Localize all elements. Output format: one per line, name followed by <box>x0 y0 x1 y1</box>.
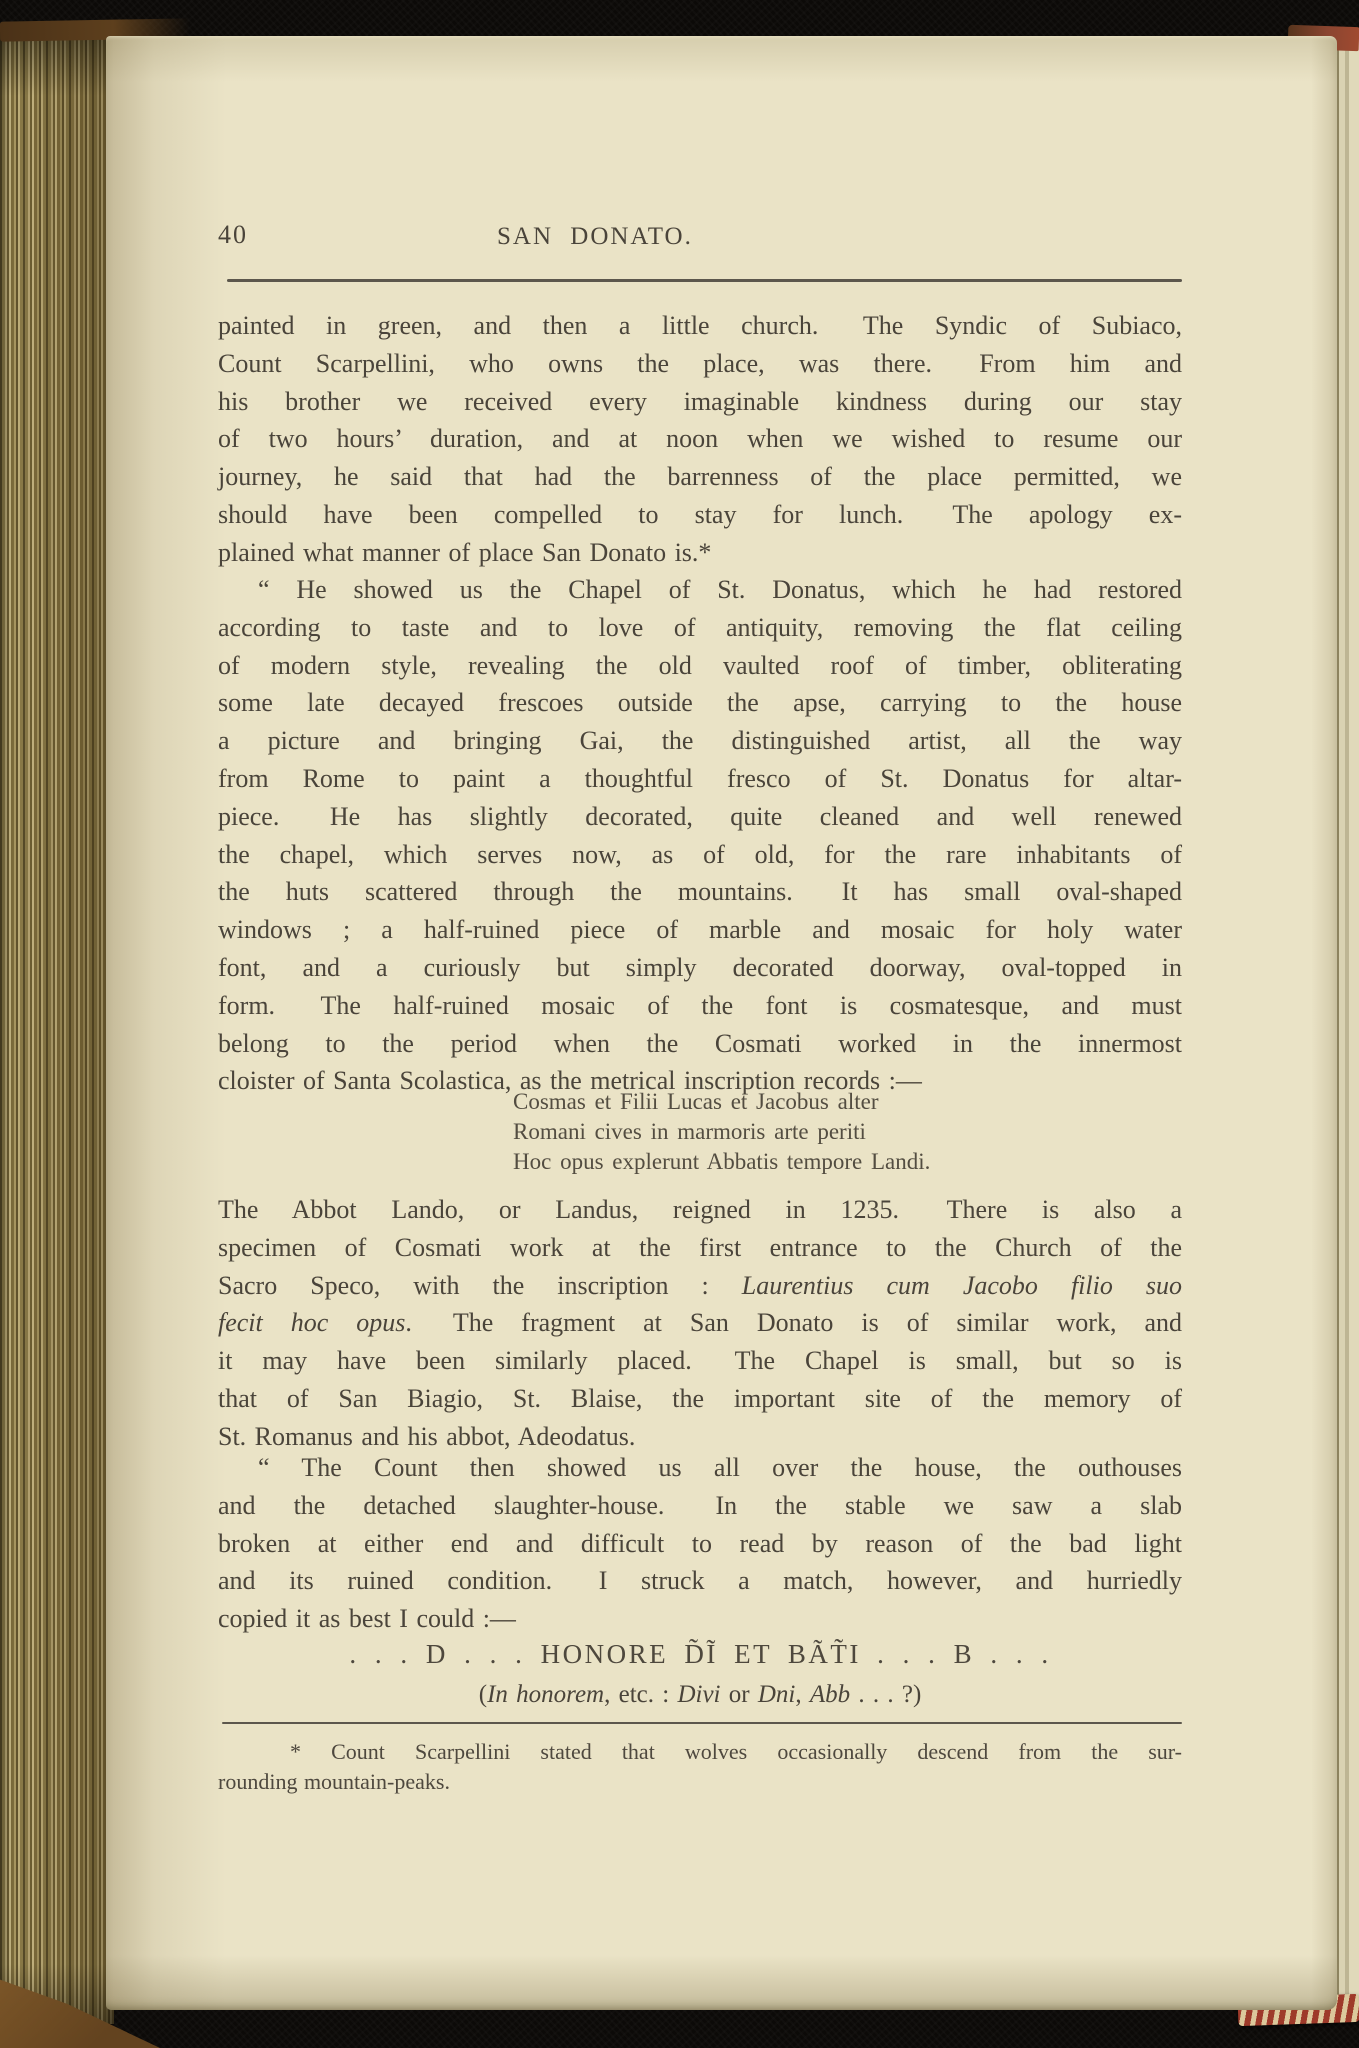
text-line: fecit hoc opus. The fragment at San Dona… <box>218 1304 1182 1342</box>
text-line: windows ; a half-ruined piece of marble … <box>218 911 1182 949</box>
text-segment: . The fragment at San Donato is of simil… <box>405 1308 1182 1337</box>
running-head: SAN DONATO. <box>497 222 693 252</box>
text-line: (In honorem, etc. : Divi or Dni, Abb . .… <box>218 1677 1182 1713</box>
page-stack-left-edge <box>0 26 114 2024</box>
text-line: specimen of Cosmati work at the first en… <box>218 1229 1182 1267</box>
page-number: 40 <box>218 220 248 250</box>
text-segment: Hoc opus explerunt Abbatis tempore Landi… <box>513 1149 930 1174</box>
adjacent-page-edge-right <box>1336 38 1359 2006</box>
text-segment: , <box>795 1681 810 1708</box>
text-line: broken at either end and difficult to re… <box>218 1525 1182 1563</box>
epigraph-gloss: (In honorem, etc. : Divi or Dni, Abb . .… <box>218 1677 1182 1713</box>
text-line: plained what manner of place San Donato … <box>218 534 1182 572</box>
text-line: Sacro Speco, with the inscription : Laur… <box>218 1267 1182 1305</box>
text-line: font, and a curiously but simply decorat… <box>218 949 1182 987</box>
italic-text-segment: Laurentius cum Jacobo filio suo <box>742 1271 1182 1300</box>
paragraph-1: painted in green, and then a little chur… <box>218 307 1182 572</box>
text-segment: * Count Scarpellini stated that wolves o… <box>290 1739 1182 1764</box>
text-segment: specimen of Cosmati work at the first en… <box>218 1233 1182 1262</box>
text-segment: or <box>720 1681 757 1708</box>
epigraph-capitals: . . . D . . . HONORE D̃Ĩ ET BÃT̃I . . … <box>218 1634 1182 1674</box>
text-line: belong to the period when the Cosmati wo… <box>218 1025 1182 1063</box>
text-segment: Romani cives in marmoris arte periti <box>513 1119 866 1144</box>
text-segment: font, and a curiously but simply decorat… <box>218 953 1182 982</box>
text-segment: and the detached slaughter-house. In the… <box>218 1491 1182 1520</box>
text-line: copied it as best I could :— <box>218 1600 1182 1638</box>
text-line: Cosmas et Filii Lucas et Jacobus alter <box>513 1087 930 1117</box>
italic-text-segment: Divi <box>677 1681 720 1708</box>
text-segment: Cosmas et Filii Lucas et Jacobus alter <box>513 1089 878 1114</box>
text-segment: that of San Biagio, St. Blaise, the impo… <box>218 1384 1182 1413</box>
text-segment: a picture and bringing Gai, the distingu… <box>218 726 1182 755</box>
text-segment: broken at either end and difficult to re… <box>218 1529 1182 1558</box>
text-line: it may have been similarly placed. The C… <box>218 1342 1182 1380</box>
text-line: some late decayed frescoes outside the a… <box>218 684 1182 722</box>
text-line: from Rome to paint a thoughtful fresco o… <box>218 760 1182 798</box>
text-line: form. The half-ruined mosaic of the font… <box>218 987 1182 1025</box>
text-line: of modern style, revealing the old vault… <box>218 647 1182 685</box>
text-segment: from Rome to paint a thoughtful fresco o… <box>218 764 1182 793</box>
text-segment: according to taste and to love of antiqu… <box>218 613 1182 642</box>
text-segment: some late decayed frescoes outside the a… <box>218 688 1182 717</box>
text-line: the huts scattered through the mountains… <box>218 873 1182 911</box>
text-line: according to taste and to love of antiqu… <box>218 609 1182 647</box>
text-segment: “ The Count then showed us all over the … <box>258 1453 1182 1482</box>
text-line: and the detached slaughter-house. In the… <box>218 1487 1182 1525</box>
text-line: Count Scarpellini, who owns the place, w… <box>218 345 1182 383</box>
italic-text-segment: fecit hoc opus <box>218 1308 405 1337</box>
text-line: his brother we received every imaginable… <box>218 383 1182 421</box>
text-segment: , etc. : <box>604 1681 677 1708</box>
footnote-rule <box>222 1722 1182 1724</box>
text-segment: journey, he said that had the barrenness… <box>218 462 1182 491</box>
text-line: * Count Scarpellini stated that wolves o… <box>218 1737 1182 1767</box>
text-line: and its ruined condition. I struck a mat… <box>218 1562 1182 1600</box>
paragraph-3: The Abbot Lando, or Landus, reigned in 1… <box>218 1191 1182 1456</box>
text-segment: rounding mountain-peaks. <box>218 1769 450 1794</box>
text-segment: of two hours’ duration, and at noon when… <box>218 424 1182 453</box>
text-segment: form. The half-ruined mosaic of the font… <box>218 991 1182 1020</box>
text-segment: painted in green, and then a little chur… <box>218 311 1182 340</box>
text-line: journey, he said that had the barrenness… <box>218 458 1182 496</box>
text-segment: . . . D . . . HONORE D̃Ĩ ET BÃT̃I . . … <box>349 1639 1050 1669</box>
italic-text-segment: In honorem <box>487 1681 604 1708</box>
text-segment: his brother we received every imaginable… <box>218 387 1182 416</box>
text-line: rounding mountain-peaks. <box>218 1767 1182 1797</box>
italic-text-segment: Abb <box>810 1681 850 1708</box>
latin-verse-inscription: Cosmas et Filii Lucas et Jacobus alterRo… <box>513 1087 930 1177</box>
text-segment: copied it as best I could :— <box>218 1604 516 1633</box>
paragraph-2: “ He showed us the Chapel of St. Donatus… <box>218 571 1182 1100</box>
book-page: 40 SAN DONATO. painted in green, and the… <box>106 36 1337 2010</box>
text-segment: and its ruined condition. I struck a mat… <box>218 1566 1182 1595</box>
text-segment: it may have been similarly placed. The C… <box>218 1346 1182 1375</box>
footnote: * Count Scarpellini stated that wolves o… <box>218 1737 1182 1796</box>
text-line: . . . D . . . HONORE D̃Ĩ ET BÃT̃I . . … <box>218 1634 1182 1674</box>
header-rule <box>227 279 1182 282</box>
text-segment: “ He showed us the Chapel of St. Donatus… <box>258 575 1182 604</box>
text-segment: Count Scarpellini, who owns the place, w… <box>218 349 1182 378</box>
text-segment: piece. He has slightly decorated, quite … <box>218 802 1182 831</box>
text-segment: the chapel, which serves now, as of old,… <box>218 840 1182 869</box>
text-line: should have been compelled to stay for l… <box>218 496 1182 534</box>
italic-text-segment: Dni <box>758 1681 796 1708</box>
text-segment: the huts scattered through the mountains… <box>218 877 1182 906</box>
text-segment: Sacro Speco, with the inscription : <box>218 1271 742 1300</box>
text-line: a picture and bringing Gai, the distingu… <box>218 722 1182 760</box>
text-segment: The Abbot Lando, or Landus, reigned in 1… <box>218 1195 1182 1224</box>
text-segment: belong to the period when the Cosmati wo… <box>218 1029 1182 1058</box>
photo-background: 40 SAN DONATO. painted in green, and the… <box>0 0 1359 2048</box>
text-line: painted in green, and then a little chur… <box>218 307 1182 345</box>
text-line: the chapel, which serves now, as of old,… <box>218 836 1182 874</box>
text-segment: of modern style, revealing the old vault… <box>218 651 1182 680</box>
text-line: piece. He has slightly decorated, quite … <box>218 798 1182 836</box>
text-segment: should have been compelled to stay for l… <box>218 500 1182 529</box>
text-line: The Abbot Lando, or Landus, reigned in 1… <box>218 1191 1182 1229</box>
text-segment: windows ; a half-ruined piece of marble … <box>218 915 1182 944</box>
text-line: Hoc opus explerunt Abbatis tempore Landi… <box>513 1147 930 1177</box>
text-segment: St. Romanus and his abbot, Adeodatus. <box>218 1422 635 1451</box>
text-segment: ( <box>479 1681 487 1708</box>
text-segment: plained what manner of place San Donato … <box>218 538 711 567</box>
text-line: Romani cives in marmoris arte periti <box>513 1117 930 1147</box>
text-line: “ He showed us the Chapel of St. Donatus… <box>218 571 1182 609</box>
text-line: of two hours’ duration, and at noon when… <box>218 420 1182 458</box>
text-segment: . . . ?) <box>850 1681 921 1708</box>
text-line: that of San Biagio, St. Blaise, the impo… <box>218 1380 1182 1418</box>
text-line: “ The Count then showed us all over the … <box>218 1449 1182 1487</box>
paragraph-4: “ The Count then showed us all over the … <box>218 1449 1182 1638</box>
